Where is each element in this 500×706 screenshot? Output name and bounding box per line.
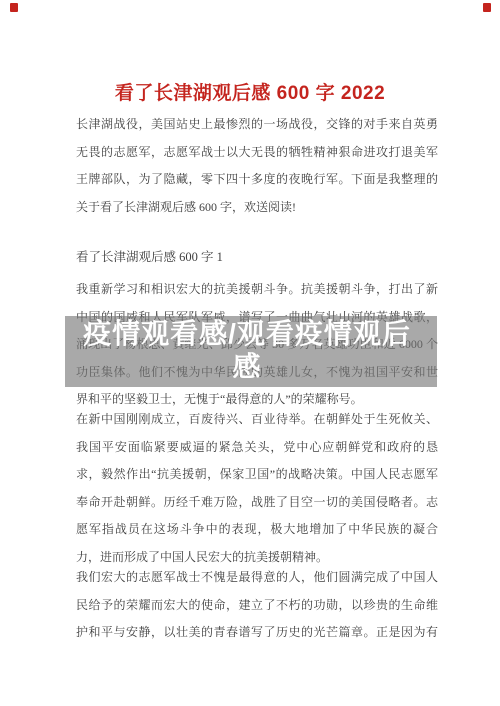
watermark-text: 疫情观看感/观看疫情观后感: [71, 317, 423, 383]
intro-paragraph: 长津湖战役，美国站史上最惨烈的一场战役，交锋的对手来自英勇无畏的志愿军，志愿军战…: [76, 111, 438, 221]
text-line: 愿军指战员在这场斗争中的表现，极大地增加了中华民族的凝合: [76, 516, 438, 544]
body-paragraph: 我们宏大的志愿军战士不愧是最得意的人，他们圆满完成了中国人民给予的荣耀而宏大的使…: [76, 564, 438, 647]
text-line: 我重新学习和相识宏大的抗美援朝斗争。抗美援朝斗争，打出了新: [76, 276, 438, 304]
text-line: 我们宏大的志愿军战士不愧是最得意的人，他们圆满完成了中国人: [76, 564, 438, 592]
text-line: 护和平与安静，以壮美的青春谱写了历史的光芒篇章。正是因为有: [76, 619, 438, 647]
watermark-overlay: 疫情观看感/观看疫情观后感: [65, 316, 437, 387]
text-line: 无畏的志愿军，志愿军战士以大无畏的牺牲精神狠命进攻打退美军: [76, 139, 438, 167]
text-line: 长津湖战役，美国站史上最惨烈的一场战役，交锋的对手来自英勇: [76, 111, 438, 139]
text-line: 奉命开赴朝鲜。历经千难万险，战胜了目空一切的美国侵略者。志: [76, 489, 438, 517]
text-line: 王牌部队，为了隐藏，零下四十多度的夜晚行军。下面是我整理的: [76, 166, 438, 194]
text-line: 求，毅然作出“抗美援朝，保家卫国”的战略决策。中国人民志愿军: [76, 461, 438, 489]
page-title: 看了长津湖观后感 600 字 2022: [0, 78, 500, 105]
red-corner-mark-icon: [10, 3, 18, 12]
section-heading: 看了长津湖观后感 600 字 1: [76, 247, 223, 265]
text-line: 在新中国刚刚成立，百废待兴、百业待举。在朝鲜处于生死攸关、: [76, 406, 438, 434]
text-line: 民给予的荣耀而宏大的使命，建立了不朽的功勋，以珍贵的生命维: [76, 592, 438, 620]
red-corner-mark-icon: [483, 3, 491, 12]
text-line: 我国平安面临紧要威逼的紧急关头，党中心应朝鲜党和政府的恳: [76, 434, 438, 462]
body-paragraph: 在新中国刚刚成立，百废待兴、百业待举。在朝鲜处于生死攸关、我国平安面临紧要威逼的…: [76, 406, 438, 571]
text-line: 关于看了长津湖观后感 600 字，欢送阅读!: [76, 194, 438, 222]
document-page: 看了长津湖观后感 600 字 2022 长津湖战役，美国站史上最惨烈的一场战役，…: [0, 0, 500, 706]
